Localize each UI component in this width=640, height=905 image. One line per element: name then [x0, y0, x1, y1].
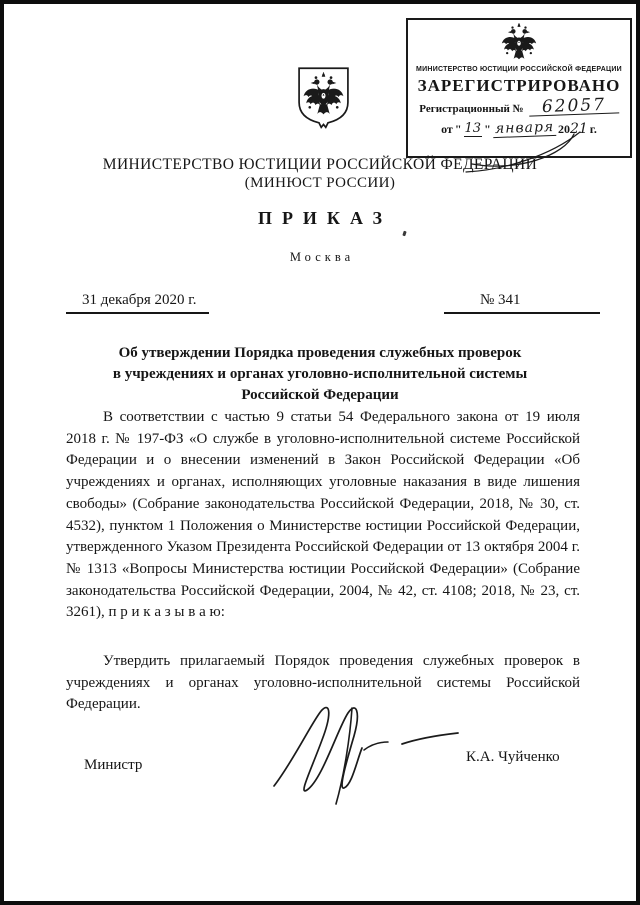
- stamp-date-day-handwritten: 13: [464, 121, 483, 137]
- stamp-year-handwritten: 21: [570, 121, 588, 137]
- stamp-date-prefix: от: [441, 122, 453, 137]
- scan-speck: [402, 231, 406, 237]
- stamp-open-quote: ": [455, 122, 462, 137]
- minister-name: К.А. Чуйченко: [466, 749, 560, 766]
- stamp-double-headed-eagle-icon: [498, 23, 540, 65]
- subject-line-3: Российской Федерации: [4, 385, 636, 406]
- subject-line-1: Об утверждении Порядка проведения служеб…: [4, 343, 636, 364]
- date-number-row: 31 декабря 2020 г. № 341: [66, 292, 600, 314]
- stamp-registration-line: Регистрационный № 62057: [408, 99, 630, 115]
- registration-stamp: МИНИСТЕРСТВО ЮСТИЦИИ РОССИЙСКОЙ ФЕДЕРАЦИ…: [406, 18, 632, 158]
- minister-title: Министр: [84, 757, 142, 774]
- stamp-date-suffix: г.: [590, 122, 597, 137]
- document-date: 31 декабря 2020 г.: [66, 292, 209, 314]
- stamp-registered-label: ЗАРЕГИСТРИРОВАНО: [408, 76, 630, 96]
- stamp-close-quote: ": [484, 122, 491, 137]
- signature-dash: [402, 733, 458, 744]
- ministry-title: МИНИСТЕРСТВО ЮСТИЦИИ РОССИЙСКОЙ ФЕДЕРАЦИ…: [4, 156, 636, 174]
- city-label: Москва: [4, 250, 636, 265]
- minister-signature: [260, 698, 472, 806]
- stamp-date-month-handwritten: января: [492, 119, 556, 138]
- subject-line-2: в учреждениях и органах уголовно-исполни…: [4, 364, 636, 385]
- document-page: МИНИСТЕРСТВО ЮСТИЦИИ РОССИЙСКОЙ ФЕДЕРАЦИ…: [0, 0, 640, 905]
- subject-heading: Об утверждении Порядка проведения служеб…: [4, 343, 636, 406]
- document-number: № 341: [444, 292, 600, 314]
- ministry-short-title: (МИНЮСТ РОССИИ): [4, 175, 636, 192]
- stamp-ministry-label: МИНИСТЕРСТВО ЮСТИЦИИ РОССИЙСКОЙ ФЕДЕРАЦИ…: [408, 66, 630, 73]
- stamp-reg-number-label: Регистрационный №: [419, 103, 523, 115]
- stamp-date-line: от " 13 " января 20 21 г.: [408, 120, 630, 137]
- russian-coat-of-arms-icon: [295, 66, 352, 133]
- document-type-title: ПРИКАЗ: [4, 208, 636, 229]
- stamp-reg-number-value: 62057: [528, 97, 619, 116]
- stamp-year-printed: 20: [558, 122, 570, 137]
- body-paragraph-1: В соответствии с частью 9 статьи 54 Феде…: [66, 407, 580, 624]
